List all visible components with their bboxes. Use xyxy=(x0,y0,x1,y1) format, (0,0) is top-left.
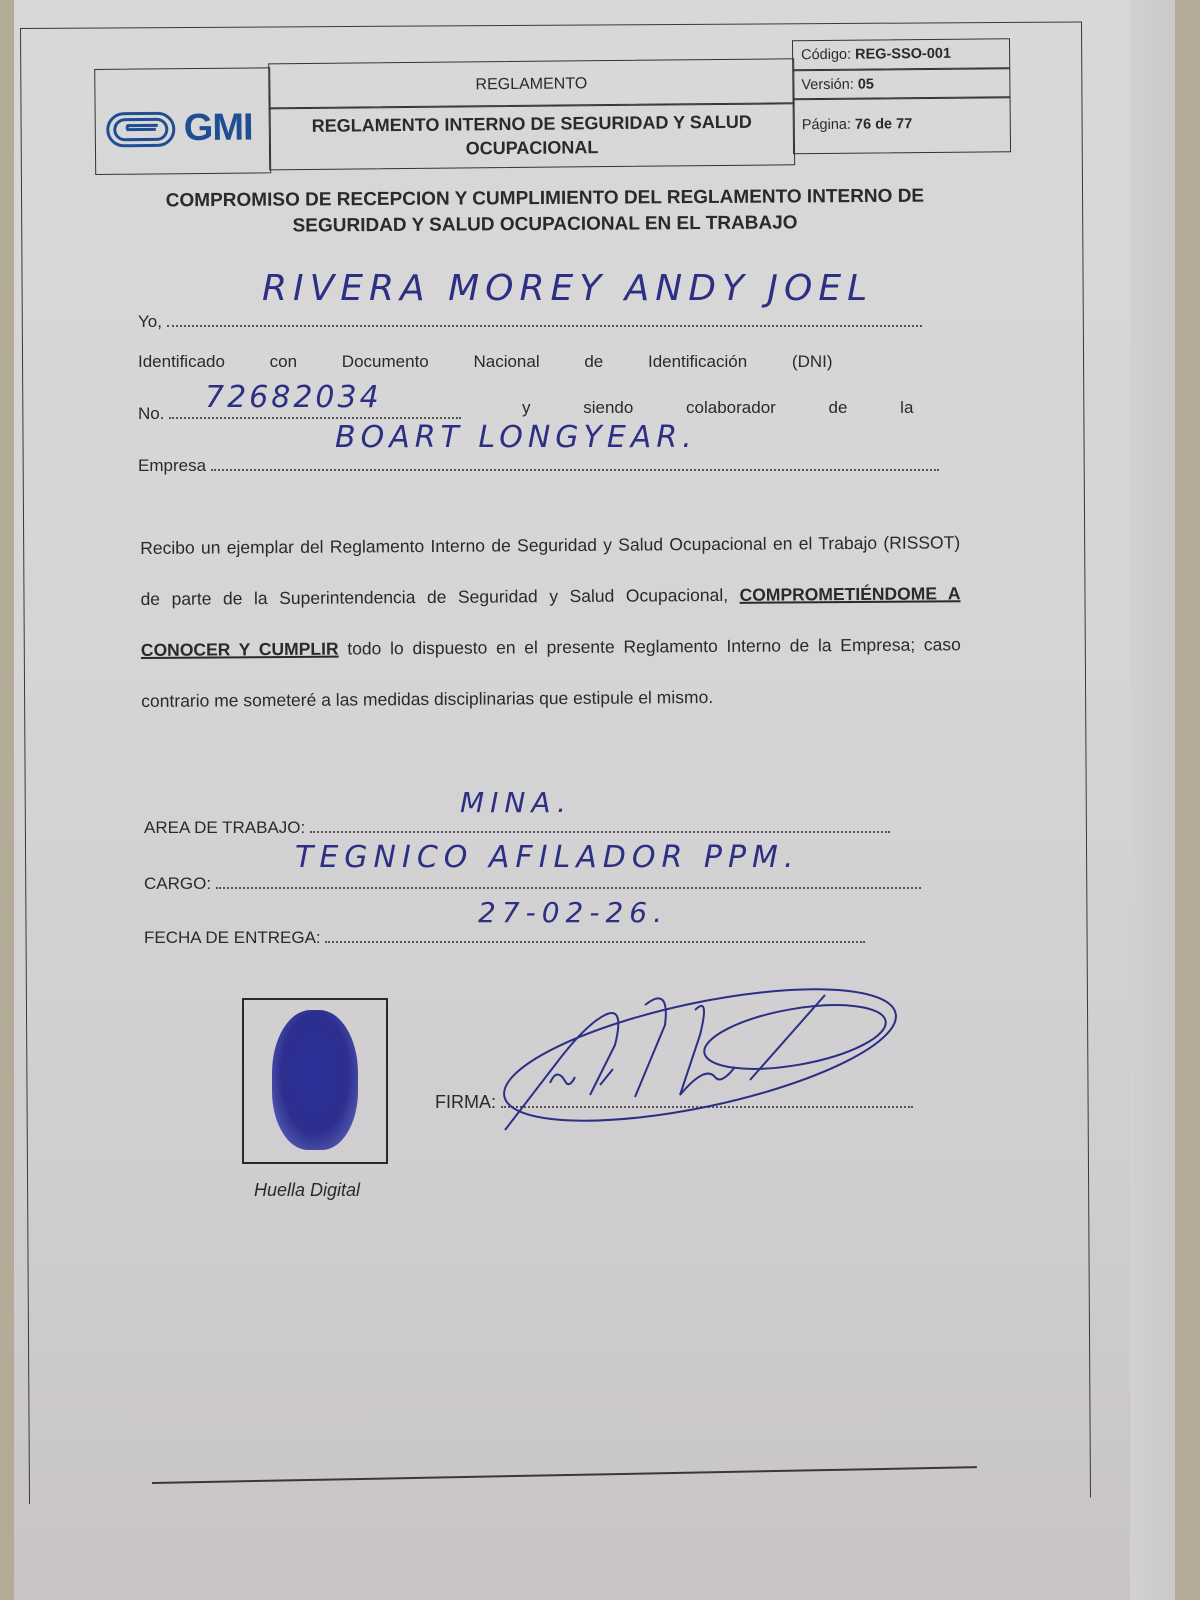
fecha-line: FECHA DE ENTREGA: xyxy=(144,928,865,948)
brand-name: GMI xyxy=(184,106,253,150)
empresa-field[interactable]: BOART LONGYEAR. xyxy=(335,420,697,455)
colaborador-text: y siendo colaborador de la xyxy=(522,398,913,418)
pagina-label: Página: xyxy=(802,117,851,133)
page-title: COMPROMISO DE RECEPCION Y CUMPLIMIENTO D… xyxy=(130,183,960,240)
name-dotted-line xyxy=(167,321,922,327)
document-header: GMI REGLAMENTO REGLAMENTO INTERNO DE SEG… xyxy=(94,38,1011,173)
fecha-label: FECHA DE ENTREGA: xyxy=(144,928,321,947)
thumbprint-label: Huella Digital xyxy=(254,1180,360,1201)
no-label: No. xyxy=(138,404,164,423)
cargo-label: CARGO: xyxy=(144,874,211,893)
fecha-dotted-line xyxy=(325,937,865,943)
codigo-field: Código: REG-SSO-001 xyxy=(792,38,1010,70)
gmi-logo: GMI xyxy=(106,106,253,150)
empresa-label: Empresa xyxy=(138,456,206,475)
area-label: AREA DE TRABAJO: xyxy=(144,818,305,837)
cargo-line: CARGO: xyxy=(144,874,921,894)
signature-icon[interactable] xyxy=(495,985,915,1135)
thumbprint-box xyxy=(242,998,388,1164)
pagina-field: Página: 76 de 77 xyxy=(793,96,1012,154)
version-field: Versión: 05 xyxy=(792,68,1010,100)
name-field[interactable]: RIVERA MOREY ANDY JOEL xyxy=(262,268,873,309)
commitment-paragraph: Recibo un ejemplar del Reglamento Intern… xyxy=(140,517,961,727)
cargo-field[interactable]: TEGNICO AFILADOR PPM. xyxy=(295,840,799,875)
empresa-dotted-line xyxy=(211,465,939,471)
regulation-title: REGLAMENTO INTERNO DE SEGURIDAD Y SALUD … xyxy=(269,102,796,170)
pagina-value: 76 de 77 xyxy=(855,116,912,133)
area-dotted-line xyxy=(310,827,890,833)
firma-label: FIRMA: xyxy=(435,1092,496,1112)
fecha-field[interactable]: 27-02-26. xyxy=(478,896,668,929)
cargo-dotted-line xyxy=(216,883,921,889)
empresa-line: Empresa xyxy=(138,456,939,476)
dni-sentence: Identificado con Documento Nacional de I… xyxy=(138,352,948,372)
thumbprint-icon xyxy=(272,1010,358,1150)
version-value: 05 xyxy=(858,77,874,93)
logo-cell: GMI xyxy=(94,67,271,175)
yo-label: Yo, xyxy=(138,312,162,331)
paper-edge xyxy=(1130,0,1175,1600)
page-border xyxy=(20,22,1091,1504)
version-label: Versión: xyxy=(801,77,854,94)
codigo-label: Código: xyxy=(801,47,851,63)
section-label: REGLAMENTO xyxy=(268,58,794,109)
name-line: Yo, xyxy=(138,312,922,332)
area-line: AREA DE TRABAJO: xyxy=(144,818,890,838)
dni-field[interactable]: 72682034 xyxy=(205,380,382,415)
area-field[interactable]: MINA. xyxy=(460,786,572,819)
codigo-value: REG-SSO-001 xyxy=(855,46,951,63)
gmi-emblem-icon xyxy=(106,111,176,148)
dni-sentence-text: Identificado con Documento Nacional de I… xyxy=(138,352,833,371)
